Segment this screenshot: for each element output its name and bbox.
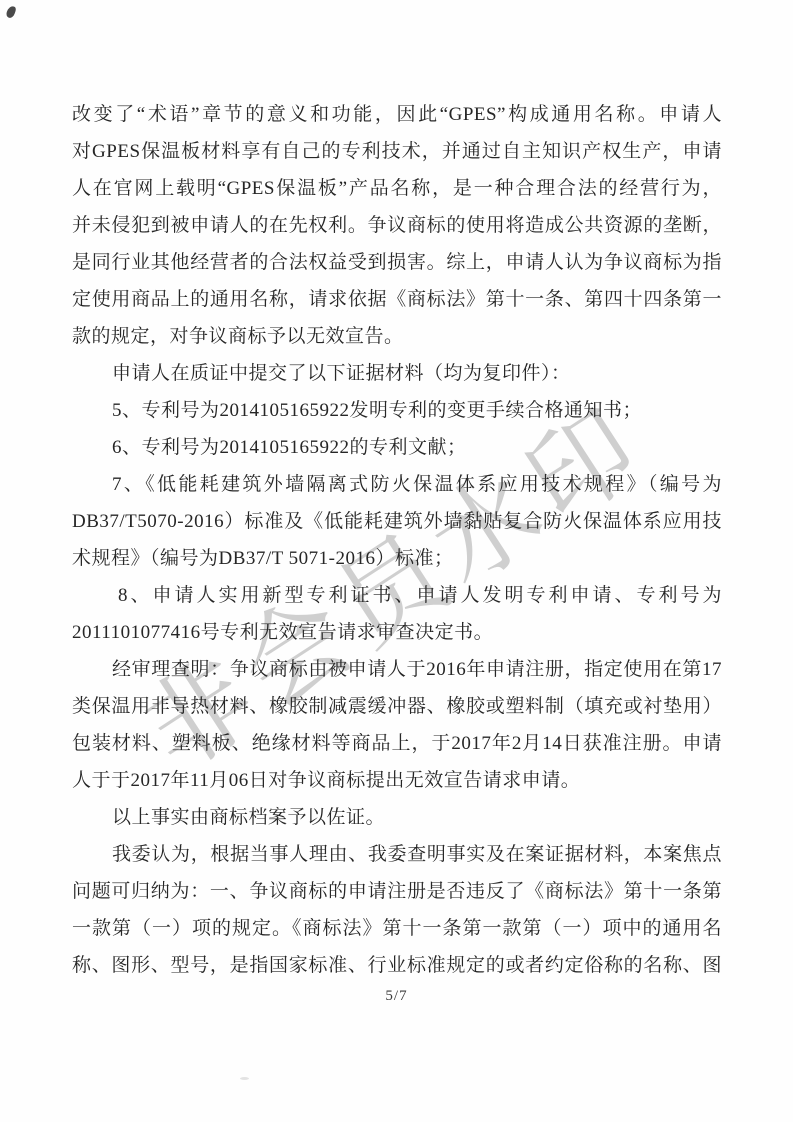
document-body: 改变了“术语”章节的意义和功能，因此“GPES”构成通用名称。申请人 对GPES… <box>72 96 722 984</box>
scanned-document-page: 非会员水印 改变了“术语”章节的意义和功能，因此“GPES”构成通用名称。申请人… <box>0 0 793 1122</box>
document-line: 称、图形、型号，是指国家标准、行业标准规定的或者约定俗称的名称、图 <box>72 947 722 984</box>
document-line: 对GPES保温板材料享有自己的专利技术，并通过自主知识产权生产，申请 <box>72 133 722 170</box>
document-line: 7、《低能耗建筑外墙隔离式防火保温体系应用技术规程》（编号为 <box>72 466 722 503</box>
document-line: 6、专利号为2014105165922的专利文献； <box>72 429 722 466</box>
document-line: 是同行业其他经营者的合法权益受到损害。综上，申请人认为争议商标为指 <box>72 244 722 281</box>
document-line: 经审理查明：争议商标由被申请人于2016年申请注册，指定使用在第17 <box>72 651 722 688</box>
document-line: 人在官网上载明“GPES保温板”产品名称，是一种合理合法的经营行为， <box>72 170 722 207</box>
page-number: 5/7 <box>0 988 793 1005</box>
document-line: 申请人在质证中提交了以下证据材料（均为复印件）： <box>72 355 722 392</box>
scan-artifact-bottom <box>240 1077 249 1080</box>
document-line: 问题可归纳为：一、争议商标的申请注册是否违反了《商标法》第十一条第 <box>72 873 722 910</box>
document-line: 术规程》（编号为DB37/T 5071-2016）标准； <box>72 540 722 577</box>
document-line: 8、申请人实用新型专利证书、申请人发明专利申请、专利号为 <box>72 577 722 614</box>
document-line: 并未侵犯到被申请人的在先权利。争议商标的使用将造成公共资源的垄断， <box>72 207 722 244</box>
document-line: 我委认为，根据当事人理由、我委查明事实及在案证据材料，本案焦点 <box>72 836 722 873</box>
document-line: 改变了“术语”章节的意义和功能，因此“GPES”构成通用名称。申请人 <box>72 96 722 133</box>
document-line: 一款第（一）项的规定。《商标法》第十一条第一款第（一）项中的通用名 <box>72 910 722 947</box>
scan-artifact-top-left <box>5 5 16 19</box>
document-line: 2011101077416号专利无效宣告请求审查决定书。 <box>72 614 722 651</box>
document-line: 类保温用非导热材料、橡胶制减震缓冲器、橡胶或塑料制（填充或衬垫用） <box>72 688 722 725</box>
document-line: 定使用商品上的通用名称，请求依据《商标法》第十一条、第四十四条第一 <box>72 281 722 318</box>
document-line: 以上事实由商标档案予以佐证。 <box>72 799 722 836</box>
document-line: DB37/T5070-2016）标准及《低能耗建筑外墙黏贴复合防火保温体系应用技 <box>72 503 722 540</box>
document-line: 人于于2017年11月06日对争议商标提出无效宣告请求申请。 <box>72 762 722 799</box>
document-line: 包装材料、塑料板、绝缘材料等商品上，于2017年2月14日获准注册。申请 <box>72 725 722 762</box>
document-line: 5、专利号为2014105165922发明专利的变更手续合格通知书； <box>72 392 722 429</box>
document-line: 款的规定，对争议商标予以无效宣告。 <box>72 318 722 355</box>
